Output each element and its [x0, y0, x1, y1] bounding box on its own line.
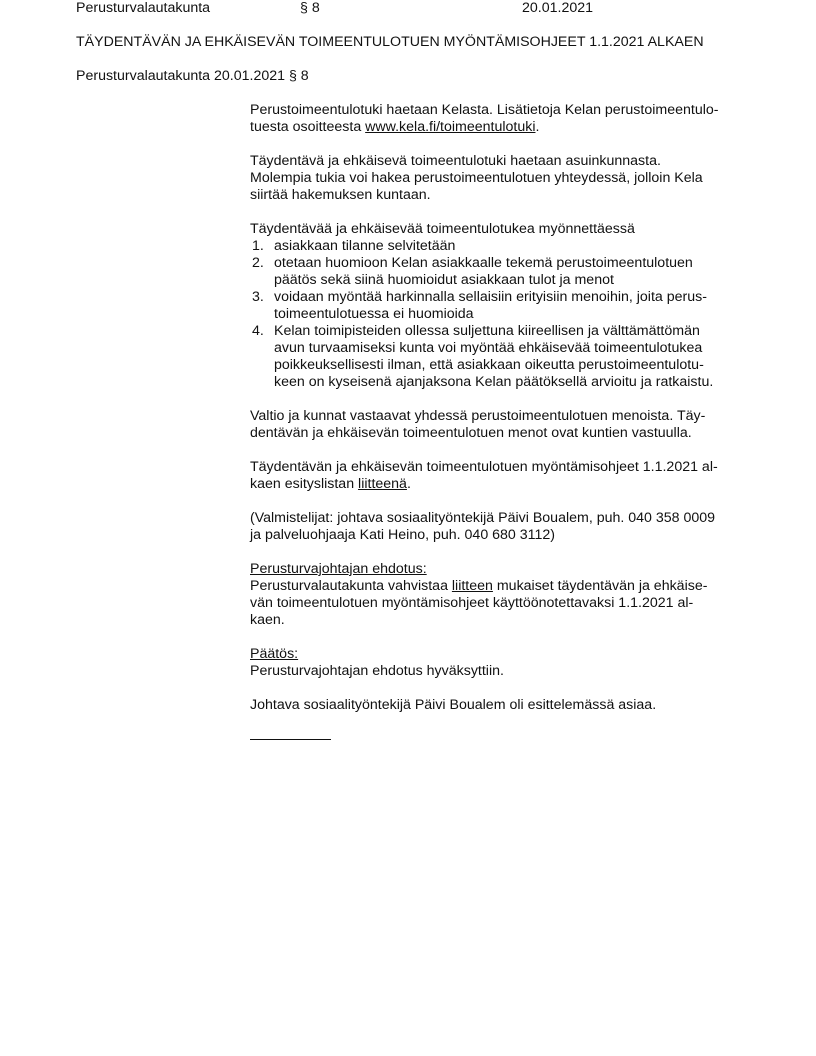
text-line: Perustoimeentulotuki haetaan Kelasta. Li… [250, 102, 740, 119]
text-line: avun turvaamiseksi kunta voi myöntää ehk… [274, 340, 740, 357]
paragraph-attachment: Täydentävän ja ehkäisevän toimeentulotue… [250, 459, 740, 493]
proposal-heading: Perusturvajohtajan ehdotus: [250, 561, 427, 578]
meeting-reference: Perusturvalautakunta 20.01.2021 § 8 [76, 68, 309, 85]
text-fragment: kaen esityslistan [250, 476, 358, 492]
text-line: asiakkaan tilanne selvitetään [274, 238, 740, 255]
paragraph-preparers: (Valmistelijat: johtava sosiaalityönteki… [250, 510, 740, 544]
text-line: (Valmistelijat: johtava sosiaalityönteki… [250, 510, 740, 527]
list-item: 2. otetaan huomioon Kelan asiakkaalle te… [250, 255, 740, 289]
list-number: 3. [252, 289, 264, 306]
header-date: 20.01.2021 [522, 0, 593, 17]
text-line: Täydentävän ja ehkäisevän toimeentulotue… [250, 459, 740, 476]
text-fragment: . [535, 119, 539, 135]
header-committee: Perusturvalautakunta [76, 0, 210, 17]
decision-heading: Päätös: [250, 646, 298, 663]
paragraph-costs: Valtio ja kunnat vastaavat yhdessä perus… [250, 408, 740, 442]
decision-text: Perusturvajohtajan ehdotus hyväksyttiin. [250, 663, 740, 680]
paragraph-basic-support: Perustoimeentulotuki haetaan Kelasta. Li… [250, 102, 740, 136]
attachment-link[interactable]: liitteen [452, 578, 493, 594]
list-item: 1. asiakkaan tilanne selvitetään [250, 238, 740, 255]
list-item: 4. Kelan toimipisteiden ollessa suljettu… [250, 323, 740, 391]
document-title: TÄYDENTÄVÄN JA EHKÄISEVÄN TOIMEENTULOTUE… [76, 34, 704, 51]
attachment-link[interactable]: liitteenä [358, 476, 407, 492]
decision-section: Päätös: Perusturvajohtajan ehdotus hyväk… [250, 646, 740, 680]
header-section-number: § 8 [300, 0, 320, 17]
text-line: poikkeuksellisesti ilman, että asiakkaan… [274, 357, 740, 374]
text-line: ja palveluohjaaja Kati Heino, puh. 040 6… [250, 527, 740, 544]
text-line: dentävän ja ehkäisevän toimeentulotuen m… [250, 425, 740, 442]
text-line: Täydentävä ja ehkäisevä toimeentulotuki … [250, 153, 740, 170]
text-line: keen on kyseisenä ajanjaksona Kelan päät… [274, 374, 740, 391]
presenter-note: Johtava sosiaalityöntekijä Päivi Boualem… [250, 697, 740, 714]
text-line: kaen esityslistan liitteenä. [250, 476, 740, 493]
text-line: tuesta osoitteesta www.kela.fi/toimeentu… [250, 119, 740, 136]
paragraph-supplementary-support: Täydentävä ja ehkäisevä toimeentulotuki … [250, 153, 740, 204]
text-line: Perusturvalautakunta vahvistaa liitteen … [250, 578, 740, 595]
text-line: siirtää hakemuksen kuntaan. [250, 187, 740, 204]
list-number: 2. [252, 255, 264, 272]
list-item: 3. voidaan myöntää harkinnalla sellaisii… [250, 289, 740, 323]
paragraph-granting-criteria: Täydentävää ja ehkäisevää toimeentulotuk… [250, 221, 740, 391]
text-line: otetaan huomioon Kelan asiakkaalle tekem… [274, 255, 740, 272]
text-line: päätös sekä siinä huomioidut asiakkaan t… [274, 272, 740, 289]
text-fragment: tuesta osoitteesta [250, 119, 365, 135]
text-line: toimeentulotuessa ei huomioida [274, 306, 740, 323]
text-fragment: . [407, 476, 411, 492]
list-intro: Täydentävää ja ehkäisevää toimeentulotuk… [250, 221, 740, 238]
proposal-section: Perusturvajohtajan ehdotus: Perusturvala… [250, 561, 740, 629]
signature-line [250, 739, 331, 740]
list-number: 4. [252, 323, 264, 340]
text-line: Valtio ja kunnat vastaavat yhdessä perus… [250, 408, 740, 425]
text-line: kaen. [250, 612, 740, 629]
text-line: Molempia tukia voi hakea perustoimeentul… [250, 170, 740, 187]
text-line: vän toimeentulotuen myöntämisohjeet käyt… [250, 595, 740, 612]
text-line: Kelan toimipisteiden ollessa suljettuna … [274, 323, 740, 340]
text-fragment: Perusturvalautakunta vahvistaa [250, 578, 452, 594]
text-line: Johtava sosiaalityöntekijä Päivi Boualem… [250, 697, 740, 714]
kela-link[interactable]: www.kela.fi/toimeentulotuki [365, 119, 535, 135]
text-line: voidaan myöntää harkinnalla sellaisiin e… [274, 289, 740, 306]
text-fragment: mukaiset täydentävän ja ehkäise- [493, 578, 708, 594]
criteria-list: 1. asiakkaan tilanne selvitetään 2. otet… [250, 238, 740, 391]
list-number: 1. [252, 238, 264, 255]
document-body: Perustoimeentulotuki haetaan Kelasta. Li… [250, 102, 740, 740]
